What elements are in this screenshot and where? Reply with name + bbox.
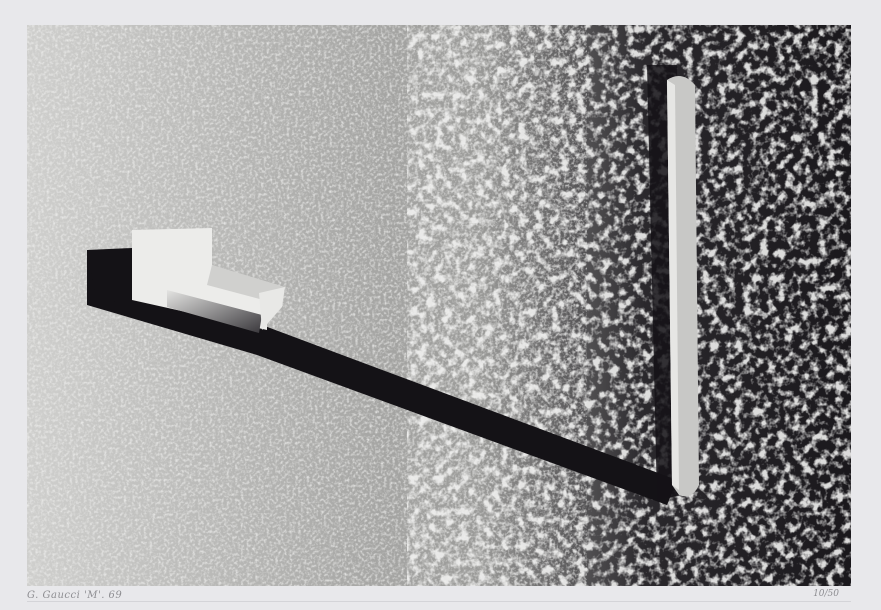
photo-scene	[27, 25, 851, 586]
photograph	[27, 25, 851, 586]
print-paper: G. Gaucci 'M'. 69 10/50	[0, 0, 881, 610]
pencil-baseline	[27, 601, 851, 602]
artist-signature: G. Gaucci 'M'. 69	[27, 590, 122, 601]
edition-number: 10/50	[813, 589, 839, 599]
